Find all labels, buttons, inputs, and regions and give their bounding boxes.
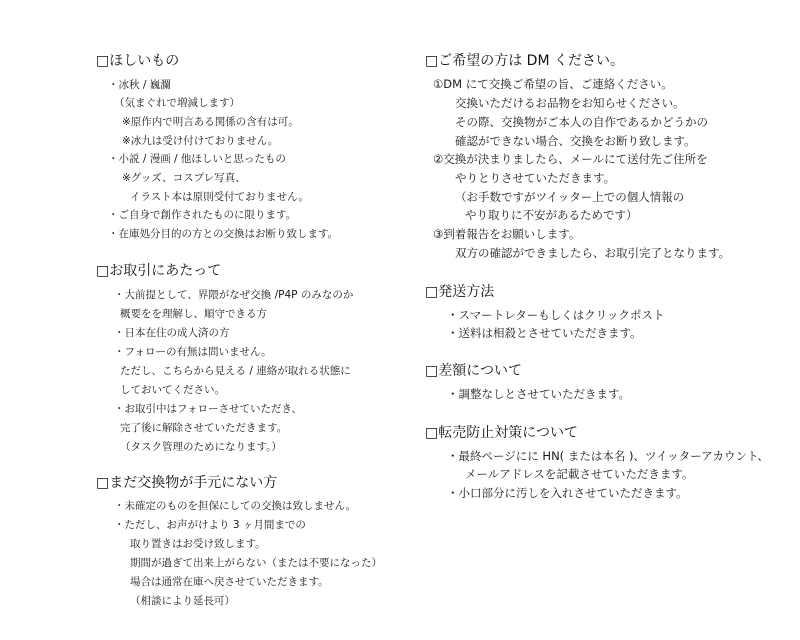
list-item: ・スマートレターもしくはクリックポスト — [447, 308, 664, 322]
step-line-continued: 確認ができない場合、交換をお断り致します。 — [455, 134, 696, 148]
section-heading-not-in-hand: □まだ交換物が手元にない方 — [96, 474, 277, 492]
list-item: ・日本在住の成人済の方 — [114, 326, 230, 340]
step-line-continued: 双方の確認ができましたら、お取引完了となります。 — [455, 246, 730, 260]
section-heading-difference: □差額について — [425, 362, 522, 380]
step-line-continued: やりとりさせていただきます。 — [455, 171, 615, 185]
list-item: ・最終ページにに HN( または本名 )、ツイッターアカウント、 — [447, 449, 769, 463]
note-line: ※冰九は受け付けておりません。 — [122, 134, 278, 148]
step-line-continued: （お手数ですがツイッター上での個人情報の — [455, 190, 684, 204]
step-line-continued: 交換いただけるお品物をお知らせください。 — [455, 96, 685, 110]
list-item: ・ご自身で創作されたものに限ります。 — [108, 208, 296, 222]
section-heading-shipping: □発送方法 — [425, 283, 494, 301]
list-item: ・お取引中はフォローさせていただき、 — [114, 402, 302, 416]
list-item: ・送料は相殺とさせていただきます。 — [447, 326, 642, 340]
list-item: ・ただし、お声がけより 3 ヶ月間までの — [114, 518, 306, 532]
list-item: ・フォローの有無は問いません。 — [114, 345, 272, 359]
list-item-continued: 完了後に解除させていただきます。 — [120, 421, 287, 435]
list-item-continued: メールアドレスを記載させていただきます。 — [465, 467, 694, 481]
list-item: ・在庫処分目的の方との交換はお断り致します。 — [108, 227, 338, 241]
step-line: ③到着報告をお願いします。 — [433, 227, 580, 241]
list-item: ・大前提として、界隈がなぜ交換 /P4P のみなのか — [114, 288, 353, 302]
section-heading-anti-resale: □転売防止対策について — [425, 424, 578, 442]
list-item-continued: しておいてください。 — [120, 383, 225, 397]
list-item: ・冰秋 / 巍瀾 — [108, 78, 171, 92]
list-item: ・未確定のものを担保にしての交換は致しません。 — [114, 499, 356, 513]
step-line-continued: やり取りに不安があるためです） — [465, 208, 638, 222]
section-heading-wants: □ほしいもの — [96, 52, 179, 70]
list-item-continued: 取り置きはお受け致します。 — [130, 537, 266, 551]
note-line: （気まぐれで増減します） — [114, 96, 240, 110]
note-line: ※グッズ、コスプレ写真、 — [122, 171, 246, 185]
section-heading-trade-terms: □お取引にあたって — [96, 262, 221, 280]
list-item-continued: （タスク管理のためになります。） — [120, 440, 282, 454]
step-line: ②交換が決まりましたら、メールにて送付先ご住所を — [433, 152, 708, 166]
list-item-continued: ただし、こちらから見える / 連絡が取れる状態に — [120, 364, 351, 378]
note-line: イラスト本は原則受付ておりません。 — [130, 190, 309, 204]
list-item: ・調整なしとさせていただきます。 — [447, 387, 630, 401]
list-item-continued: （相談により延長可） — [130, 594, 235, 608]
note-line: ※原作内で明言ある関係の含有は可。 — [122, 115, 299, 129]
section-heading-dm: □ご希望の方は DM ください。 — [425, 52, 624, 70]
list-item-continued: 場合は通常在庫へ戻させていただきます。 — [130, 575, 329, 589]
step-line: ①DM にて交換ご希望の旨、ご連絡ください。 — [433, 77, 673, 91]
step-line-continued: その際、交換物がご本人の自作であるかどうかの — [455, 115, 708, 129]
list-item-continued: 期間が過ぎて出来上がらない（または不要になった） — [130, 556, 382, 570]
list-item-continued: 概要をを理解し、順守できる方 — [120, 307, 267, 321]
list-item: ・小説 / 漫画 / 他ほしいと思ったもの — [108, 152, 286, 166]
list-item: ・小口部分に汚しを入れさせていただきます。 — [447, 486, 688, 500]
